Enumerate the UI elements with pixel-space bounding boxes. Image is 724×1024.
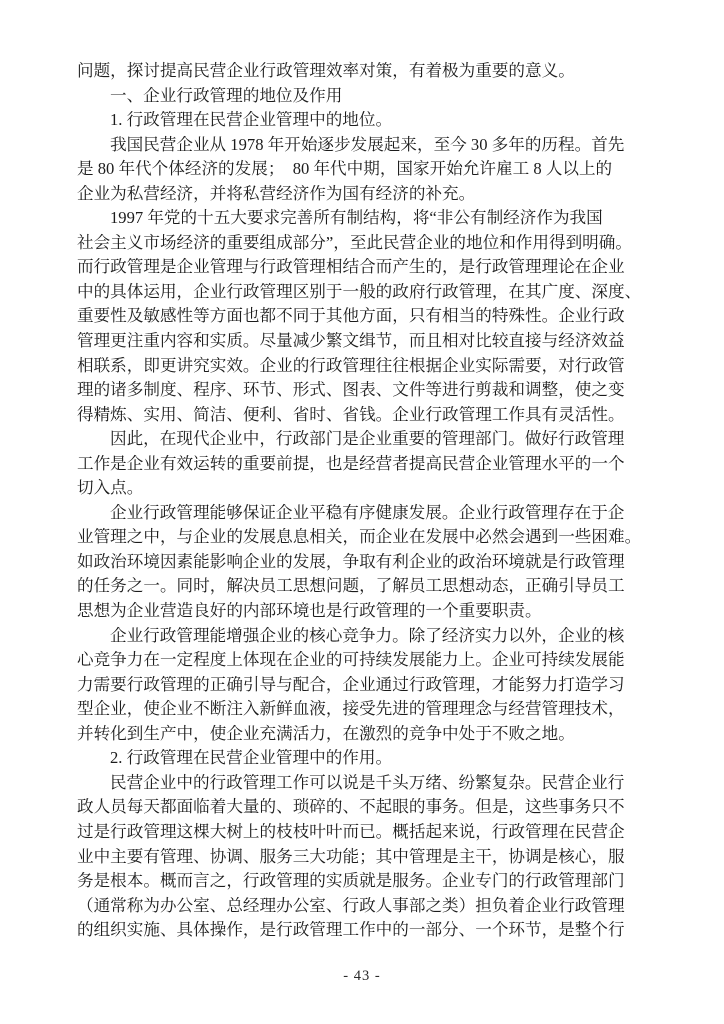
text-line: 型企业，使企业不断注入新鲜血液，接受先进的管理理念与经营管理技术，: [77, 697, 665, 722]
text-line: 心竞争力在一定程度上体现在企业的可持续发展能力上。企业可持续发展能: [77, 648, 665, 673]
text-line: 企业行政管理能增强企业的核心竞争力。除了经济实力以外，企业的核: [77, 624, 665, 649]
text-line: 1997 年党的十五大要求完善所有制结构，将“非公有制经济作为我国: [77, 206, 665, 231]
text-line: 的组织实施、具体操作，是行政管理工作中的一部分、一个环节，是整个行: [77, 918, 665, 943]
text-line: 业管理之中，与企业的发展息息相关，而企业在发展中必然会遇到一些困难。: [77, 525, 665, 550]
text-line: 得精炼、实用、简洁、便利、省时、省钱。企业行政管理工作具有灵活性。: [77, 403, 665, 428]
text-line: 力需要行政管理的正确引导与配合，企业通过行政管理，才能努力打造学习: [77, 673, 665, 698]
text-line: 并转化到生产中，使企业充满活力，在激烈的竞争中处于不败之地。: [77, 722, 665, 747]
text-line: 一、企业行政管理的地位及作用: [77, 84, 665, 109]
text-line: 企业为私营经济，并将私营经济作为国有经济的补充。: [77, 182, 665, 207]
text-line: 我国民营企业从 1978 年开始逐步发展起来，至今 30 多年的历程。首先: [77, 133, 665, 158]
text-block: 问题，探讨提高民营企业行政管理效率对策，有着极为重要的意义。一、企业行政管理的地…: [77, 59, 665, 943]
text-line: 1. 行政管理在民营企业管理中的地位。: [77, 108, 665, 133]
text-line: 2. 行政管理在民营企业管理中的作用。: [77, 746, 665, 771]
text-line: 而行政管理是企业管理与行政管理相结合而产生的，是行政管理理论在企业: [77, 255, 665, 280]
text-line: 企业行政管理能够保证企业平稳有序健康发展。企业行政管理存在于企: [77, 501, 665, 526]
text-line: 工作是企业有效运转的重要前提，也是经营者提高民营企业管理水平的一个: [77, 452, 665, 477]
page-footer: - 43 -: [0, 967, 724, 985]
page-number: - 43 -: [343, 968, 380, 984]
text-line: 是 80 年代个体经济的发展； 80 年代中期，国家开始允许雇工 8 人以上的: [77, 157, 665, 182]
text-line: 务是根本。概而言之，行政管理的实质就是服务。企业专门的行政管理部门: [77, 869, 665, 894]
text-line: 民营企业中的行政管理工作可以说是千头万绪、纷繁复杂。民营企业行: [77, 771, 665, 796]
document-page: 问题，探讨提高民营企业行政管理效率对策，有着极为重要的意义。一、企业行政管理的地…: [0, 0, 724, 1024]
text-line: 中的具体运用，企业行政管理区别于一般的政府行政管理，在其广度、深度、: [77, 280, 665, 305]
text-line: 理的诸多制度、程序、环节、形式、图表、文件等进行剪裁和调整，使之变: [77, 378, 665, 403]
text-line: 的任务之一。同时，解决员工思想问题，了解员工思想动态，正确引导员工: [77, 574, 665, 599]
text-line: 重要性及敏感性等方面也都不同于其他方面，只有相当的特殊性。企业行政: [77, 304, 665, 329]
text-line: 因此，在现代企业中，行政部门是企业重要的管理部门。做好行政管理: [77, 427, 665, 452]
text-line: 政人员每天都面临着大量的、琐碎的、不起眼的事务。但是，这些事务只不: [77, 795, 665, 820]
text-line: 思想为企业营造良好的内部环境也是行政管理的一个重要职责。: [77, 599, 665, 624]
text-line: 切入点。: [77, 476, 665, 501]
text-line: （通常称为办公室、总经理办公室、行政人事部之类）担负着企业行政管理: [77, 894, 665, 919]
text-line: 管理更注重内容和实质。尽量减少繁文缉节，而且相对比较直接与经济效益: [77, 329, 665, 354]
text-line: 如政治环境因素能影响企业的发展，争取有利企业的政治环境就是行政管理: [77, 550, 665, 575]
text-line: 问题，探讨提高民营企业行政管理效率对策，有着极为重要的意义。: [77, 59, 665, 84]
text-line: 过是行政管理这棵大树上的枝枝叶叶而已。概括起来说，行政管理在民营企: [77, 820, 665, 845]
text-line: 相联系，即更讲究实效。企业的行政管理往往根据企业实际需要，对行政管: [77, 354, 665, 379]
text-line: 业中主要有管理、协调、服务三大功能；其中管理是主干，协调是核心，服: [77, 845, 665, 870]
text-line: 社会主义市场经济的重要组成部分”，至此民营企业的地位和作用得到明确。: [77, 231, 665, 256]
